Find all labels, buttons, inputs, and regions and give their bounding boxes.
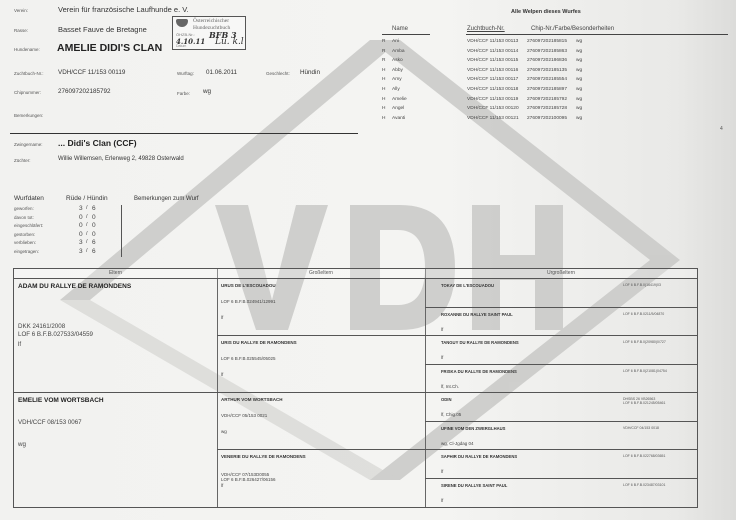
pedigree-header-grosseltern: Großeltern [217,269,425,279]
parent-reg1: VDH/CCF 08/153 0067 [18,419,82,426]
great-grandparent-name: UFINE VOM DEN ZWERGLHAUS [441,426,505,431]
pedigree-cell-grandparent: ARTHUR VOM WORTSBACHVDH/CCF 05/153 0021w… [217,393,425,450]
puppy-farbe: wg [576,68,582,73]
rasse-value: Basset Fauve de Bretagne [58,25,147,34]
zwinger-value: ... Didi's Clan (CCF) [58,138,137,148]
puppy-zuchtbuch: VDH/CCF 11/153 00113 [467,39,518,44]
puppy-zuchtbuch: VDH/CCF 11/153 00114 [467,49,518,54]
puppy-farbe: wg [576,97,582,102]
puppy-sex: H [382,116,385,121]
great-grandparent-info: wg, Cl-Jgdag 04 [441,441,474,446]
grandparent-name: ARTHUR VOM WORTSBACH [221,397,283,402]
puppy-name: Abby [392,68,403,73]
puppy-chip: 276097202185863 [527,49,567,54]
puppy-sex: H [382,87,385,92]
puppy-row: HAvantiVDH/CCF 11/153 001212760972021000… [382,116,672,125]
puppy-sex: R [382,39,385,44]
grandparent-name: URIS DU RALLYE DE RAMONDENS [221,340,297,345]
wurfdaten-row-ruede: 0 [79,214,83,221]
puppy-farbe: wg [576,77,582,82]
pedigree-col-eltern: Eltern ADAM DU RALLYE DE RAMONDENSDKK 24… [14,269,218,507]
pedigree-document-page: Verein: Verein für französische Laufhund… [0,0,736,520]
puppy-farbe: wg [576,39,582,44]
wurfdaten-row-label: eingeschläfert: [14,223,43,228]
grandparent-name: VENERIE DU RALLYE DE RAMONDENS [221,454,306,459]
great-grandparent-reg: LOF 6 B.F.B.0211/5/04870 [623,312,683,316]
puppy-name: Ally [392,87,400,92]
great-grandparent-name: SAPHIR DU RALLYE DE RAMONDENS [441,454,517,459]
puppy-name: Asko [392,58,403,63]
puppies-header-name: Name [392,26,408,32]
puppy-farbe: wg [576,87,582,92]
puppy-farbe: wg [576,49,582,54]
parent-reg1: DKK 24161/2008 [18,323,65,330]
parent-name: ADAM DU RALLYE DE RAMONDENS [18,283,131,290]
verein-value: Verein für französische Laufhunde e. V. [58,5,189,14]
puppy-name: Amy [392,77,402,82]
puppy-zuchtbuch: VDH/CCF 11/153 00120 [467,106,519,111]
great-grandparent-reg2: LOF 6 B.F.B.021245/05461 [623,401,683,405]
puppy-chip: 276097202185728 [527,106,567,111]
great-grandparent-info: lf, Int.Ch. [441,384,459,389]
wurfdaten-row-sep: / [86,205,88,211]
wurfdaten-row-ruede: 3 [79,239,83,246]
grandparent-info: lf [221,483,223,488]
wurf-remarks-header: Bemerkungen zum Wurf [134,196,199,202]
great-grandparent-name: ODIN [441,397,451,402]
wurfdaten-divider [121,205,122,257]
chip-label: Chipnummer: [14,90,41,95]
wurfdaten-row-label: eingetragen: [14,249,39,254]
puppy-chip: 276097202185135 [527,68,567,73]
great-grandparent-name: TANGUY DU RALLYE DE RAMONDENS [441,340,519,345]
wurfdaten-row-ruede: 3 [79,205,83,212]
grandparent-reg: LOF 6 B.F.B.025545/05025 [221,356,276,361]
zwinger-label: Zwingername: [14,142,43,147]
grandparent-info: wg [221,429,227,434]
great-grandparent-reg: LOF 6 B.F.B.023487/03101 [623,483,683,487]
puppy-row: HAllyVDH/CCF 11/153 00118276097202185897… [382,87,672,96]
wurfdaten-row-huendin: 0 [92,222,96,229]
pedigree-col-urgrosseltern: Urgroßeltern TOKAY DE L'ESCOUADOULOF 6 B… [425,269,697,507]
wurfdaten-row-sep: / [86,222,88,228]
puppy-row: HAmelieVDH/CCF 11/153 001192760972021857… [382,97,672,106]
puppy-row: HAmyVDH/CCF 11/153 00117276097202185554w… [382,77,672,86]
puppy-farbe: wg [576,116,582,121]
great-grandparent-reg: LOF 6 B.F.B.0(16419)03 [623,283,683,287]
oehzb-stamp: Österreichischer Hundezuchtbuch ÖHZB-Nr.… [172,16,246,50]
wurfdaten-row-sep: / [86,231,88,237]
wurfdaten-title: Wurfdaten [14,195,44,202]
pedigree-cell-great-grandparent: TOKAY DE L'ESCOUADOULOF 6 B.F.B.0(16419)… [425,279,697,308]
wurfdaten-col-header: Rüde / Hündin [66,195,108,202]
wurfdaten-row-huendin: 0 [92,231,96,238]
farbe-label: Farbe: [177,91,190,96]
wurfdaten-row: verblieben:3/6 [14,240,124,249]
pedigree-cell-great-grandparent: UFINE VOM DEN ZWERGLHAUSVDH/CCF 04/153 0… [425,422,697,451]
chip-value: 276097202185792 [58,88,111,95]
puppy-name: Angel [392,106,404,111]
parent-reg2: LOF 6 B.F.B.027533/04559 [18,331,93,338]
puppy-row: RAmbaVDH/CCF 11/153 00114276097202185863… [382,49,672,58]
puppies-header-rule [466,34,728,35]
puppy-sex: R [382,49,385,54]
wurfdaten-row-label: davon tot: [14,215,34,220]
puppy-zuchtbuch: VDH/CCF 11/153 00115 [467,58,518,63]
wurfdaten-row-label: verblieben: [14,240,36,245]
puppies-header-rule-name [382,34,430,35]
puppy-chip: 276097202186836 [527,58,567,63]
puppy-name: Avanti [392,116,405,121]
puppy-name: Amba [392,49,405,54]
farbe-value: wg [203,88,211,95]
puppy-row: RAniVDH/CCF 11/153 00113276097202185815w… [382,39,672,48]
pedigree-cell-great-grandparent: SIRENE DU RALLYE SAINT PAULLOF 6 B.F.B.0… [425,479,697,507]
hundename-label: Hundename: [14,47,40,52]
pedigree-cell-parent: EMELIE VOM WORTSBACHVDH/CCF 08/153 0067w… [14,393,217,506]
grandparent-info: lf [221,372,223,377]
wurfdaten-row: geworfen:3/6 [14,206,124,215]
pedigree-cell-parent: ADAM DU RALLYE DE RAMONDENSDKK 24161/200… [14,279,217,393]
wurfdaten-row-huendin: 6 [92,248,96,255]
geschlecht-value: Hündin [300,69,320,76]
zuchtbuch-label: Zuchtbuch-Nr.: [14,71,44,76]
great-grandparent-reg: LOF 6 B.F.B.0(20980)0/727 [623,340,683,344]
puppy-sex: H [382,77,385,82]
puppy-sex: H [382,68,385,73]
puppy-row: HAngelVDH/CCF 11/153 0012027609720218572… [382,106,672,115]
great-grandparent-reg: LOF 6 B.F.B.022768/03651 [623,454,683,458]
zuchtbuch-value: VDH/CCF 11/153 00119 [58,69,125,76]
wurfdaten-row: eingeschläfert:0/0 [14,223,124,232]
puppy-zuchtbuch: VDH/CCF 11/153 00121 [467,116,519,121]
grandparent-name: URUS DE L'ESCOUADOU [221,283,276,288]
great-grandparent-info: lf [441,498,443,503]
grandparent-reg: VDH/CCF 05/153 0021 [221,413,267,418]
wurfdaten-row-sep: / [86,248,88,254]
wurftag-label: Wurftag: [177,71,194,76]
wurfdaten-row-huendin: 6 [92,205,96,212]
great-grandparent-info: lf [441,469,443,474]
wurfdaten-row-huendin: 0 [92,214,96,221]
great-grandparent-name: SIRENE DU RALLYE SAINT PAUL [441,483,507,488]
great-grandparent-name: FRISKA DU RALLYE DE RAMONDENS [441,369,517,374]
puppy-zuchtbuch: VDH/CCF 11/153 00117 [467,77,518,82]
great-grandparent-info: lf [441,327,443,332]
puppy-sex: H [382,106,385,111]
parent-name: EMELIE VOM WORTSBACH [18,397,104,404]
puppy-sex: H [382,97,385,102]
great-grandparent-info: lf, Chig.05 [441,412,461,417]
puppies-title: Alle Welpen dieses Wurfes [511,9,581,15]
page-mark: 4 [720,126,723,132]
pedigree-header-urgrosseltern: Urgroßeltern [425,269,697,279]
puppy-zuchtbuch: VDH/CCF 11/153 00119 [467,97,518,102]
wurfdaten-row-sep: / [86,239,88,245]
puppy-chip: 276097202185554 [527,77,567,82]
puppy-zuchtbuch: VDH/CCF 11/153 00118 [467,87,518,92]
pedigree-cell-great-grandparent: ODINDHSBS 26 VB26563LOF 6 B.F.B.021245/0… [425,393,697,422]
pedigree-cell-great-grandparent: TANGUY DU RALLYE DE RAMONDENSLOF 6 B.F.B… [425,336,697,365]
section-divider [10,133,358,134]
wurfdaten-row-ruede: 0 [79,231,83,238]
stamp-line1: Österreichischer [193,18,229,24]
wurfdaten-row-huendin: 6 [92,239,96,246]
great-grandparent-reg: LOF 6 B.F.B.0(21081)04754 [623,369,683,373]
great-grandparent-name: ROXANNE DU RALLYE SAINT PAUL [441,312,513,317]
wurfdaten-row-ruede: 0 [79,222,83,229]
parent-info: lf [18,341,21,348]
wurfdaten-row-label: gestorben: [14,232,35,237]
pedigree-cell-grandparent: URUS DE L'ESCOUADOULOF 6 B.F.B.024941/12… [217,279,425,336]
grandparent-reg2: LOF 6 B.F.B.026427/06156 [221,477,276,482]
pedigree-cell-great-grandparent: ROXANNE DU RALLYE SAINT PAULLOF 6 B.F.B.… [425,308,697,337]
puppy-chip: 276097202185815 [527,39,567,44]
puppy-chip: 276097202185792 [527,97,567,102]
rasse-label: Rasse: [14,28,28,33]
wurfdaten-row: eingetragen:3/6 [14,249,124,258]
pedigree-cell-grandparent: VENERIE DU RALLYE DE RAMONDENSVDH/CCF 07… [217,450,425,506]
puppy-chip: 276097202100095 [527,116,567,121]
great-grandparent-info: lf [441,355,443,360]
grandparent-info: lf [221,315,223,320]
pedigree-table: Eltern ADAM DU RALLYE DE RAMONDENSDKK 24… [13,268,698,508]
zuechter-label: Züchter: [14,158,31,163]
puppy-name: Ani [392,39,399,44]
wurfdaten-row-label: geworfen: [14,206,34,211]
hundename-value: AMELIE DIDI'S CLAN [57,42,162,54]
zuechter-value: Willie Willemsen, Erlenweg 2, 49828 Oste… [58,156,184,162]
puppy-name: Amelie [392,97,407,102]
wurfdaten-row: davon tot:0/0 [14,215,124,224]
oehzb-logo-icon [176,19,188,27]
pedigree-col-grosseltern: Großeltern URUS DE L'ESCOUADOULOF 6 B.F.… [217,269,426,507]
wurfdaten-row-sep: / [86,214,88,220]
puppy-row: RAskoVDH/CCF 11/153 00115276097202186836… [382,58,672,67]
pedigree-cell-great-grandparent: SAPHIR DU RALLYE DE RAMONDENSLOF 6 B.F.B… [425,450,697,479]
pedigree-cell-great-grandparent: FRISKA DU RALLYE DE RAMONDENSLOF 6 B.F.B… [425,365,697,394]
great-grandparent-reg: VDH/CCF 04/153 0018 [623,426,683,430]
puppy-sex: R [382,58,385,63]
geschlecht-label: Geschlecht: [266,71,290,76]
pedigree-header-eltern: Eltern [14,269,217,279]
puppy-row: HAbbyVDH/CCF 11/153 00116276097202185135… [382,68,672,77]
great-grandparent-name: TOKAY DE L'ESCOUADOU [441,283,494,288]
verein-label: Verein: [14,8,28,13]
parent-info: wg [18,441,26,448]
puppies-header-chip: Chip-Nr./Farbe/Besonderheiten [531,26,614,32]
wurfdaten-row-ruede: 3 [79,248,83,255]
wurfdaten-row: gestorben:0/0 [14,232,124,241]
stamp-line4: Datum [176,44,186,48]
puppy-zuchtbuch: VDH/CCF 11/153 00116 [467,68,518,73]
wurftag-value: 01.06.2011 [206,69,237,76]
grandparent-reg: LOF 6 B.F.B.024941/12991 [221,299,276,304]
puppy-chip: 276097202185897 [527,87,567,92]
bemerkungen-label: Bemerkungen: [14,113,43,118]
pedigree-cell-grandparent: URIS DU RALLYE DE RAMONDENSLOF 6 B.F.B.0… [217,336,425,393]
puppy-farbe: wg [576,106,582,111]
puppies-header-zuchtbuch: Zuchtbuch-Nr. [467,26,505,32]
puppy-farbe: wg [576,58,582,63]
stamp-signature: Lu. k.l [215,37,244,47]
